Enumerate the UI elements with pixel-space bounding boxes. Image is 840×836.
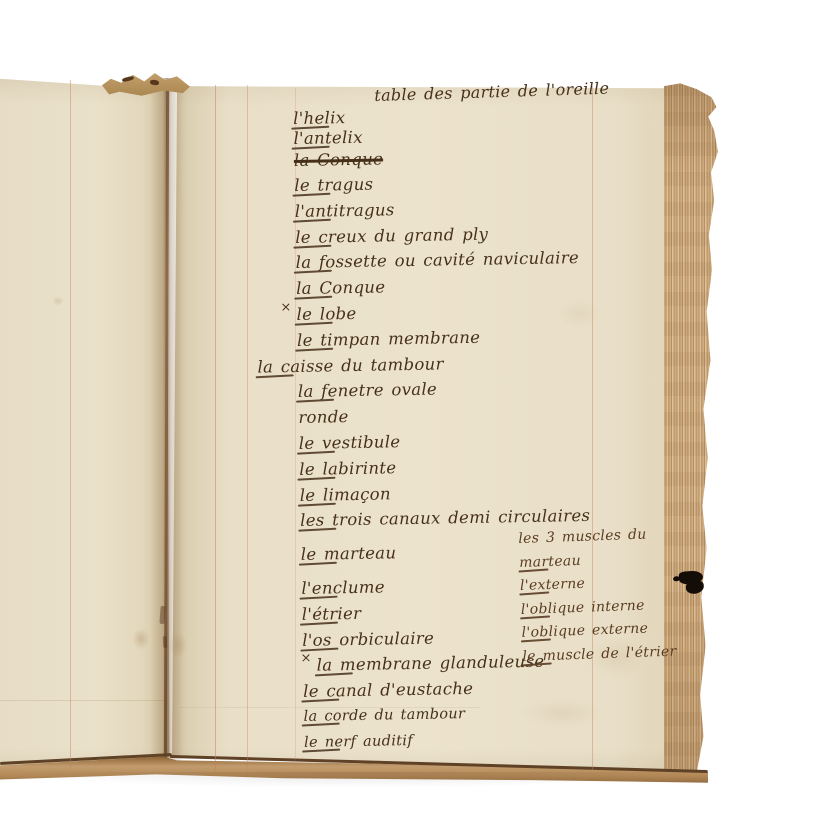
stain <box>52 296 64 306</box>
entry-label: le canal d'eustache <box>303 679 473 701</box>
entry-label: le marteau <box>301 543 397 564</box>
entry-label: la corde du tambour <box>303 706 465 725</box>
entry-label: la Conque <box>294 149 384 170</box>
left-page <box>0 76 172 776</box>
entry-label: l'os orbiculaire <box>302 628 434 649</box>
entry-label: le nerf auditif <box>304 733 413 751</box>
entry-label: le lobe <box>296 304 356 324</box>
entry-label: l'helix <box>293 108 345 128</box>
margin-rule <box>70 80 71 770</box>
entry-label: le tragus <box>294 175 373 195</box>
entry-label: l'étrier <box>302 604 362 624</box>
entry-label: le muscle de l'étrier <box>522 643 677 664</box>
spine-mark <box>163 636 168 648</box>
entry-label: la fossette ou cavité naviculaire <box>296 248 580 272</box>
entry-label: la fenetre ovale <box>298 380 437 401</box>
entry-label: l'oblique interne <box>521 597 645 617</box>
fore-edge <box>664 82 718 778</box>
entry-label: l'externe <box>520 576 586 594</box>
cross-mark: × <box>280 295 292 321</box>
stain <box>168 632 188 658</box>
entry-label: le vestibule <box>299 432 401 453</box>
stain <box>132 628 150 650</box>
entry-label: marteau <box>519 552 581 570</box>
entry-label: la caisse du tambour <box>257 354 444 376</box>
entry-label: le limaçon <box>300 484 391 505</box>
cross-mark: × <box>300 646 312 672</box>
entry-label: l'antelix <box>293 128 363 148</box>
entry-label: la Conque <box>296 278 386 299</box>
manuscript-photo: table des partie de l'oreille l'helixl'a… <box>0 0 840 836</box>
entry-label: l'oblique externe <box>521 621 648 641</box>
entry-label: le timpan membrane <box>297 328 481 350</box>
entry-label: l'enclume <box>301 577 385 597</box>
entry: le nerf auditif <box>304 725 614 756</box>
page-crease <box>0 700 168 701</box>
book-shadow <box>0 772 712 788</box>
entry-label: le labirinte <box>299 458 396 479</box>
entry-label: le creux du grand ply <box>295 224 488 246</box>
entry-label: la membrane glanduleuse <box>317 652 545 675</box>
entry-label: les 3 muscles du <box>518 527 647 547</box>
margin-rule <box>215 85 216 771</box>
entry-label: ronde <box>298 407 349 427</box>
side-entries-list: les 3 muscles dumarteaul'externel'obliqu… <box>518 522 703 669</box>
entry-label: l'antitragus <box>295 200 395 221</box>
margin-rule <box>247 85 248 771</box>
